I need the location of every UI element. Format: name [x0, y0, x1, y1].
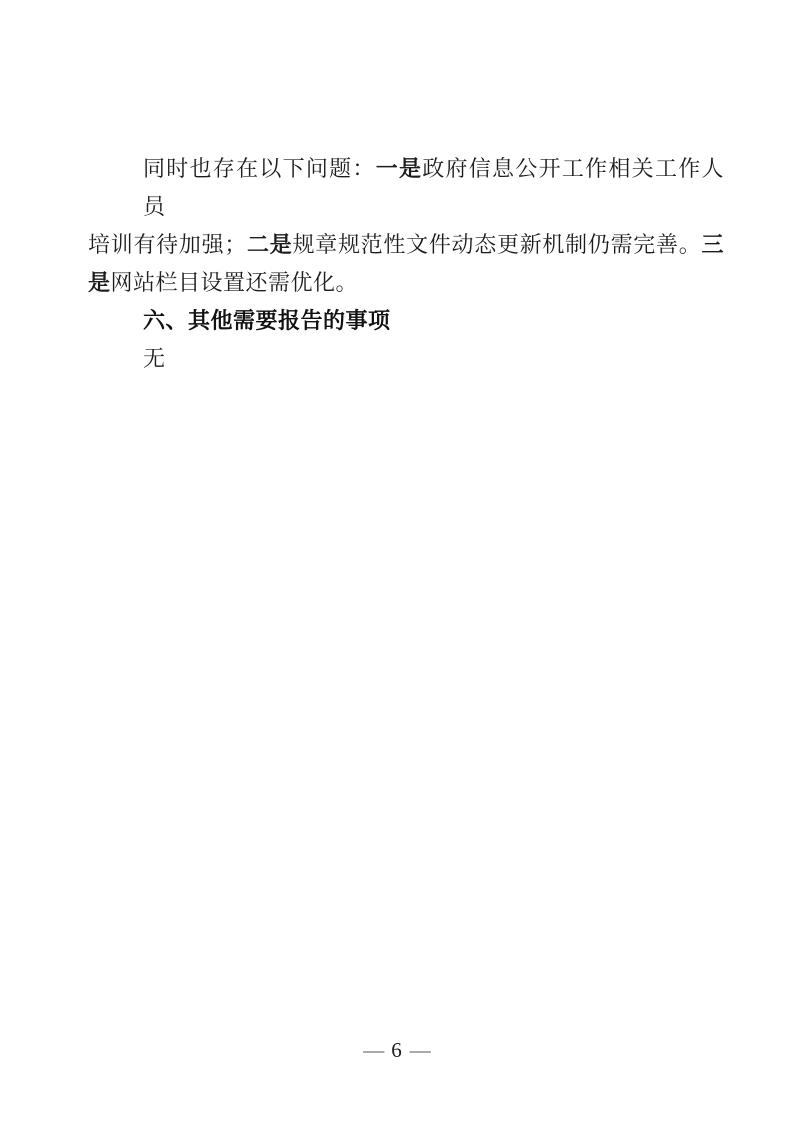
- page-number: 6: [391, 1038, 402, 1062]
- body-text: 培训有待加强；: [88, 232, 247, 257]
- footer-dash-right: —: [410, 1038, 430, 1062]
- section-body-none: 无: [88, 340, 724, 378]
- paragraph-line-1: 同时也存在以下问题：一是政府信息公开工作相关工作人员: [88, 150, 724, 226]
- section-heading: 六、其他需要报告的事项: [88, 302, 724, 340]
- body-text-emphasis: 三: [701, 232, 724, 257]
- body-text: 规章规范性文件动态更新机制仍需完善。: [293, 232, 702, 257]
- document-page: 同时也存在以下问题：一是政府信息公开工作相关工作人员 培训有待加强；二是规章规范…: [0, 0, 793, 1122]
- paragraph-line-2: 培训有待加强；二是规章规范性文件动态更新机制仍需完善。三: [88, 226, 724, 264]
- paragraph-line-3: 是网站栏目设置还需优化。: [88, 264, 724, 302]
- body-text: 网站栏目设置还需优化。: [111, 270, 359, 295]
- body-text: 同时也存在以下问题：: [143, 156, 376, 181]
- body-text-emphasis: 一是: [376, 156, 423, 181]
- page-footer: —6—: [0, 1038, 793, 1062]
- document-content: 同时也存在以下问题：一是政府信息公开工作相关工作人员 培训有待加强；二是规章规范…: [88, 150, 724, 378]
- body-text-emphasis: 二是: [247, 232, 293, 257]
- body-text-emphasis: 是: [88, 270, 111, 295]
- footer-dash-left: —: [363, 1038, 383, 1062]
